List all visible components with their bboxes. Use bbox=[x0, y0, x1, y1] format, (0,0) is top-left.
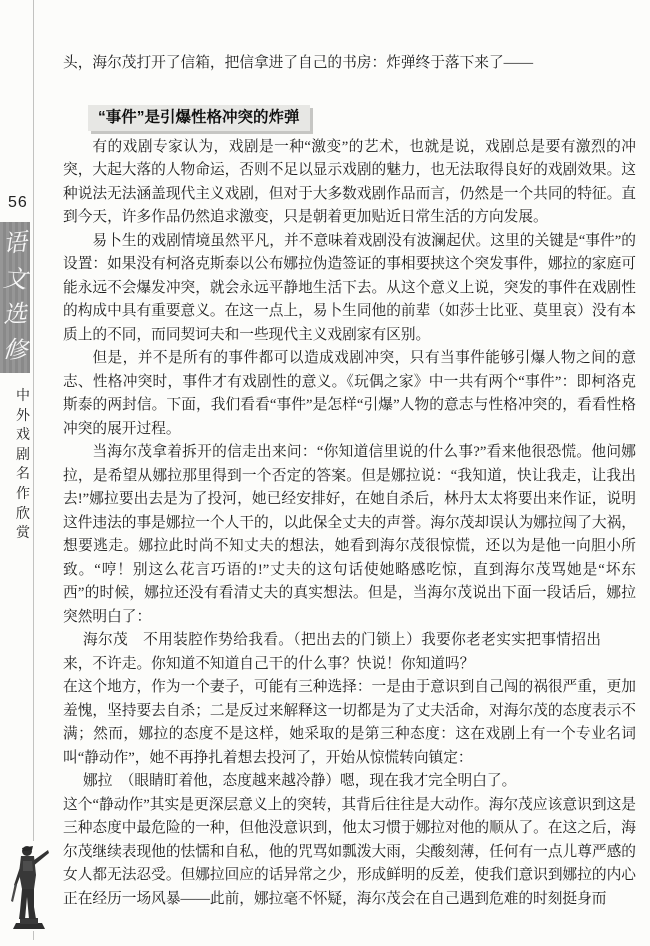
quote-block-nora: 娜拉 （眼睛盯着他，态度越来越冷静）嗯，现在我才完全明白了。 bbox=[63, 770, 601, 794]
paragraph: 易卜生的戏剧情境虽然平凡，并不意味着戏剧没有波澜起伏。这里的关键是“事件”的设置… bbox=[63, 230, 636, 348]
subject-title-vertical: 中 外 戏 剧 名 作 欣 赏 bbox=[13, 387, 33, 544]
subject-char: 赏 bbox=[16, 524, 30, 544]
subject-char: 作 bbox=[16, 485, 30, 505]
subject-char: 剧 bbox=[16, 446, 30, 466]
quote-block-helmer: 海尔茂 不用装腔作势给我看。（把出去的门锁上）我要你老老实实把事情招出来，不许走… bbox=[63, 629, 601, 676]
page-number: 56 bbox=[8, 194, 28, 212]
subject-char: 名 bbox=[16, 465, 30, 485]
series-char: 文 bbox=[2, 267, 28, 293]
paragraph: 这个“静动作”其实是更深层意义上的突转，其背后往往是大动作。海尔茂应该意识到这是… bbox=[63, 794, 636, 912]
margin-rule bbox=[33, 0, 34, 940]
statue-illustration bbox=[6, 841, 52, 931]
series-title-block: 语 文 选 修 bbox=[0, 222, 30, 373]
subject-char: 外 bbox=[16, 407, 30, 427]
subject-char: 戏 bbox=[16, 426, 30, 446]
section-heading: “事件”是引爆性格冲突的炸弹 bbox=[88, 105, 310, 131]
body-text: 有的戏剧专家认为，戏剧是一种“激变”的艺术，也就是说，戏剧总是要有激烈的冲突，大… bbox=[63, 136, 636, 912]
intro-line: 头，海尔茂打开了信箱，把信拿进了自己的书房：炸弹终于落下来了—— bbox=[63, 52, 636, 76]
paragraph: 有的戏剧专家认为，戏剧是一种“激变”的艺术，也就是说，戏剧总是要有激烈的冲突，大… bbox=[63, 136, 636, 230]
subject-char: 中 bbox=[16, 387, 30, 407]
book-page: 56 语 文 选 修 中 外 戏 剧 名 作 欣 赏 bbox=[0, 0, 650, 946]
paragraph: 当海尔茂拿着拆开的信走出来问：“你知道信里说的什么事?”看来他很恐慌。他问娜拉，… bbox=[63, 441, 636, 629]
paragraph: 在这个地方，作为一个妻子，可能有三种选择：一是由于意识到自己闯的祸很严重，更加羞… bbox=[63, 676, 636, 770]
paragraph: 但是，并不是所有的事件都可以造成戏剧冲突，只有当事件能够引爆人物之间的意志、性格… bbox=[63, 347, 636, 441]
series-char: 选 bbox=[2, 303, 27, 328]
series-char: 语 bbox=[2, 231, 28, 257]
statue-icon bbox=[6, 841, 52, 931]
subject-char: 欣 bbox=[16, 505, 30, 525]
series-char: 修 bbox=[2, 338, 28, 364]
main-text-column: 头，海尔茂打开了信箱，把信拿进了自己的书房：炸弹终于落下来了—— “事件”是引爆… bbox=[63, 0, 636, 911]
